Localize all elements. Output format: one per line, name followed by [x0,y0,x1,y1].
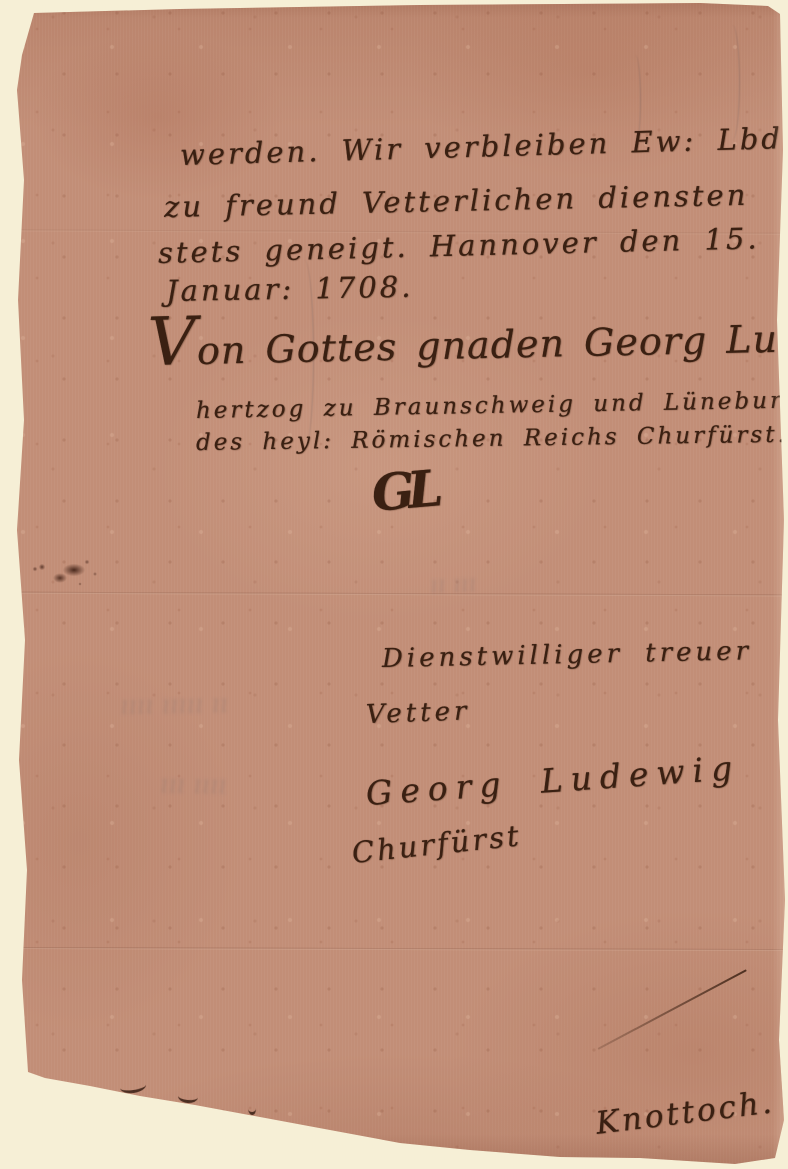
intitulatio-line-1: Von Gottes gnaden Georg Ludewig [148,314,788,374]
cut-off-writing-fragment [248,1102,257,1116]
intitulatio-line-3: des heyl: Römischen Reichs Churfürst. [196,422,788,456]
signature-title: Churfürst [350,818,523,870]
ink-blot [32,552,104,598]
royal-monogram: GL [369,459,438,523]
letter-closing-line-1: werden. Wir verbleiben Ew: Lbd. [180,121,788,172]
manuscript-paper: ıııı ııııı ıı ııı ıııı ıı ııı werden. Wi… [0,0,788,1169]
valediction-line-1: Dienstwilliger treuer [382,636,753,674]
fold-crease-middle [0,592,788,599]
signature-flourish-stroke [598,969,747,1050]
verso-showthrough: ıı ııı [430,569,477,599]
cut-off-writing-fragment [119,1078,147,1094]
letter-closing-line-3: stets geneigt. Hannover den 15. [158,221,760,270]
countersignature: Knottoch. [594,1084,777,1142]
cut-off-writing-fragment [177,1089,198,1104]
letter-date-line: Januar: 1708. [166,270,414,308]
letter-closing-line-2: zu freund Vetterlichen diensten [164,178,749,224]
valediction-line-2: Vetter [365,696,470,730]
intitulatio-line-2: hertzog zu Braunschweig und Lüneburg [196,387,788,424]
verso-showthrough: ııı ıııı [160,769,227,800]
scan-background: { "document": { "letter": { "closing_lin… [0,0,788,1169]
verso-showthrough: ıııı ııııı ıı [120,689,229,721]
fold-crease-bottom [0,947,788,953]
signature-name: Georg Ludewig [365,748,742,813]
